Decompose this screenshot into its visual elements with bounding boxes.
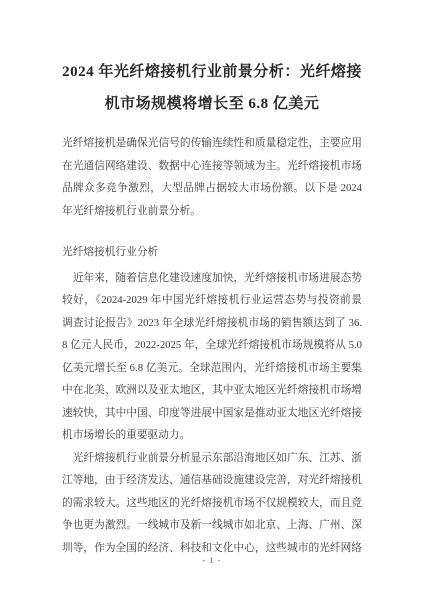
intro-paragraph: 光纤熔接机是确保光信号的传输连续性和质量稳定性，主要应用在光通信网络建设、数据中…	[62, 132, 362, 222]
document-title: 2024 年光纤熔接机行业前景分析：光纤熔接机市场规模将增长至 6.8 亿美元	[62, 56, 362, 120]
body-paragraph-2: 光纤熔接机行业前景分析显示东部沿海地区如广东、江苏、浙江等地，由于经济发达、通信…	[62, 447, 362, 560]
section-heading: 光纤熔接机行业分析	[62, 241, 362, 264]
document-page: 2024 年光纤熔接机行业前景分析：光纤熔接机市场规模将增长至 6.8 亿美元 …	[0, 0, 424, 600]
page-number: - 1 -	[0, 555, 424, 565]
body-paragraph-1: 近年来，随着信息化建设速度加快，光纤熔接机市场进展态势较好，《2024-2029…	[62, 267, 362, 447]
